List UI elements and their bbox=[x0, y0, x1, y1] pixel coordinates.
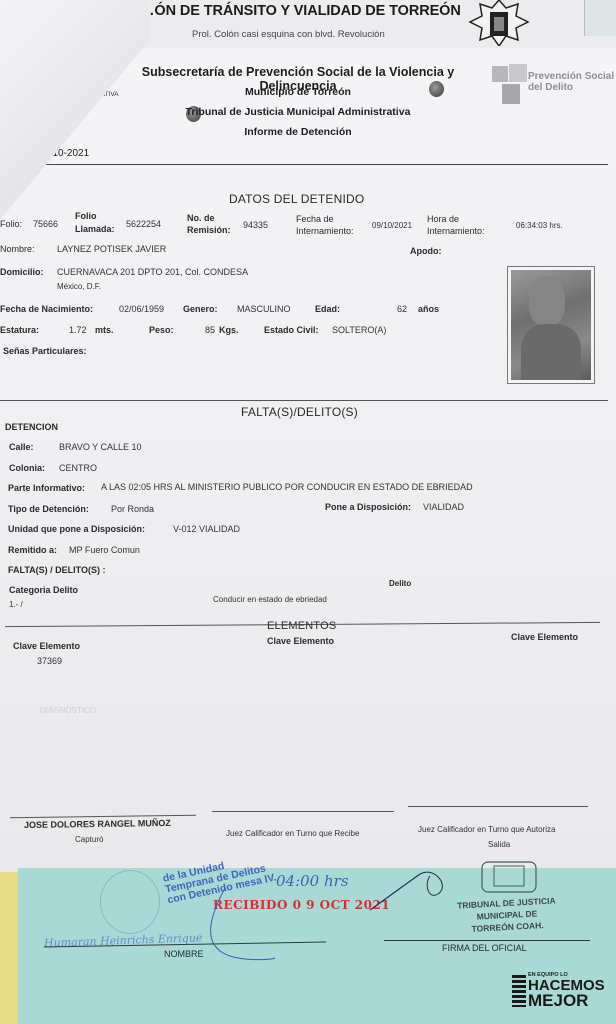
fecha-internamiento-label: Fecha de Internamiento: bbox=[296, 214, 354, 236]
colonia-label: Colonia: bbox=[9, 463, 45, 473]
pone-disposicion-label: Pone a Disposición: bbox=[325, 502, 411, 512]
back-sheet-title: …ÓN DE TRÁNSITO Y VIALIDAD DE TORREÓN bbox=[140, 3, 461, 19]
police-badge-icon bbox=[468, 0, 530, 46]
delito-label: Delito bbox=[389, 579, 411, 589]
section-title-falta: FALTA(S)/DELITO(S) bbox=[241, 405, 358, 419]
folio-llamada-label: Folio Llamada: bbox=[75, 211, 115, 234]
photo-image bbox=[511, 270, 591, 380]
fecha-internamiento-value: 09/10/2021 bbox=[372, 221, 412, 231]
colonia-value: CENTRO bbox=[59, 463, 97, 473]
estatura-unit: mts. bbox=[95, 325, 114, 335]
delito-row-delito: Conducir en estado de ebriedad bbox=[213, 595, 327, 605]
remitido-label: Remitido a: bbox=[8, 545, 57, 555]
header-report-title: Informe de Detención bbox=[108, 126, 488, 138]
signature-line-recibe bbox=[212, 811, 394, 812]
back-sheet-photo bbox=[584, 0, 616, 36]
autoriza-label-1: Juez Calificador en Turno que Autoriza bbox=[418, 825, 555, 835]
logo-text-line1: Prevención Social bbox=[528, 71, 614, 82]
estado-civil-value: SOLTERO(A) bbox=[332, 325, 386, 335]
tribunal-stamp: TRIBUNAL DE JUSTICIA MUNICIPAL DE TORREÓ… bbox=[451, 894, 563, 936]
handwritten-time: 04:00 hrs bbox=[276, 872, 349, 890]
domicilio-value-2: México, D.F. bbox=[57, 282, 101, 292]
detencion-label: DETENCION bbox=[5, 422, 58, 432]
genero-value: MASCULINO bbox=[237, 304, 291, 314]
edad-label: Edad: bbox=[315, 304, 340, 314]
pone-disposicion-value: VIALIDAD bbox=[423, 502, 464, 512]
calle-value: BRAVO Y CALLE 10 bbox=[59, 442, 142, 452]
slogan-big: HACEMOS MEJOR bbox=[528, 979, 605, 1009]
seal-stamp-icon bbox=[100, 870, 160, 934]
nacimiento-label: Fecha de Nacimiento: bbox=[0, 304, 93, 314]
categoria-delito-label: Categoria Delito bbox=[9, 585, 78, 595]
firma-line bbox=[384, 940, 590, 941]
label-line: Llamada: bbox=[75, 224, 115, 234]
nombre-label: Nombre: bbox=[0, 244, 35, 254]
back-sheet-subtitle: Prol. Colón casi esquina con blvd. Revol… bbox=[192, 29, 385, 40]
autoriza-label-2: Salida bbox=[488, 840, 510, 850]
tribunal-crest-icon bbox=[478, 860, 540, 894]
recibe-label: Juez Calificador en Turno que Recibe bbox=[226, 829, 359, 839]
estatura-value: 1.72 bbox=[69, 325, 87, 335]
section-title-elementos: ELEMENTOS bbox=[267, 620, 336, 632]
header-municipality: Municipio de Torreón bbox=[108, 86, 488, 98]
falta-subtitle: FALTA(S) / DELITO(S) : bbox=[8, 565, 106, 575]
section-divider bbox=[0, 400, 608, 401]
remision-value: 94335 bbox=[243, 220, 268, 230]
city-logo-icon bbox=[512, 975, 526, 1007]
logo-text-line2: del Delito bbox=[528, 82, 614, 93]
genero-label: Genero: bbox=[183, 304, 218, 314]
domicilio-value-1: CUERNAVACA 201 DPTO 201, Col. CONDESA bbox=[57, 267, 248, 277]
detention-report-sheet: ICIA ISTRATIVA Subsecretaría de Prevenci… bbox=[0, 48, 616, 868]
folio-label: Folio: bbox=[0, 219, 22, 229]
senas-label: Señas Particulares: bbox=[3, 346, 87, 356]
capturo-name: JOSE DOLORES RANGEL MUÑOZ bbox=[24, 818, 171, 830]
peso-label: Peso: bbox=[149, 325, 174, 335]
apodo-label: Apodo: bbox=[410, 246, 442, 256]
hora-internamiento-label: Hora de Internamiento: bbox=[427, 214, 485, 236]
tipo-detencion-value: Por Ronda bbox=[111, 504, 154, 514]
edad-unit: años bbox=[418, 304, 439, 314]
firma-oficial-label: FIRMA DEL OFICIAL bbox=[442, 943, 527, 953]
nombre-value: LAYNEZ POTISEK JAVIER bbox=[57, 244, 166, 254]
unidad-label: Unidad que pone a Disposición: bbox=[8, 524, 145, 534]
domicilio-label: Domicilio: bbox=[0, 267, 44, 277]
label-line: Internamiento: bbox=[296, 226, 354, 236]
nombre-label: NOMBRE bbox=[164, 949, 204, 959]
calle-label: Calle: bbox=[9, 442, 34, 452]
label-line: Internamiento: bbox=[427, 226, 485, 236]
label-line: No. de bbox=[187, 213, 231, 223]
clave-elemento-col1-label: Clave Elemento bbox=[13, 641, 80, 651]
label-line: Remisión: bbox=[187, 225, 231, 235]
edad-value: 62 bbox=[397, 304, 407, 314]
section-title-datos: DATOS DEL DETENIDO bbox=[229, 192, 364, 206]
clave-elemento-col2-label: Clave Elemento bbox=[267, 636, 334, 646]
remitido-value: MP Fuero Comun bbox=[69, 545, 140, 555]
peso-value: 85 bbox=[205, 325, 215, 335]
faint-bleedthrough: DIAGNÓSTICO bbox=[40, 706, 96, 715]
capturo-label: Capturó bbox=[75, 835, 103, 845]
header-tribunal: Tribunal de Justicia Municipal Administr… bbox=[108, 106, 488, 118]
clave-elemento-col3-label: Clave Elemento bbox=[511, 632, 578, 642]
slogan-line-2: MEJOR bbox=[528, 993, 605, 1009]
signature-line-autoriza bbox=[408, 806, 588, 807]
delito-row-categoria: 1.- / bbox=[9, 600, 23, 610]
label-line: Folio bbox=[75, 211, 115, 221]
tipo-detencion-label: Tipo de Detención: bbox=[8, 504, 89, 514]
prevencion-logo-text: Prevención Social del Delito bbox=[528, 71, 614, 93]
folio-value: 75666 bbox=[33, 219, 58, 229]
folio-llamada-value: 5622254 bbox=[126, 219, 161, 229]
yellow-card-edge bbox=[0, 872, 18, 1024]
header-divider bbox=[30, 164, 608, 165]
nacimiento-value: 02/06/1959 bbox=[119, 304, 164, 314]
label-line: Fecha de bbox=[296, 214, 354, 224]
remision-label: No. de Remisión: bbox=[187, 213, 231, 235]
detainee-photo bbox=[507, 266, 595, 384]
unidad-value: V-012 VIALIDAD bbox=[173, 524, 240, 534]
estatura-label: Estatura: bbox=[0, 325, 39, 335]
clave-elemento-col1-value: 37369 bbox=[37, 656, 62, 666]
parte-label: Parte Informativo: bbox=[8, 483, 85, 493]
prevencion-logo-icon bbox=[492, 64, 530, 106]
label-line: Hora de bbox=[427, 214, 485, 224]
parte-value: A LAS 02:05 HRS AL MINISTERIO PUBLICO PO… bbox=[101, 482, 473, 492]
hora-internamiento-value: 06:34:03 hrs. bbox=[516, 221, 563, 231]
estado-civil-label: Estado Civil: bbox=[264, 325, 319, 335]
peso-unit: Kgs. bbox=[219, 325, 239, 335]
